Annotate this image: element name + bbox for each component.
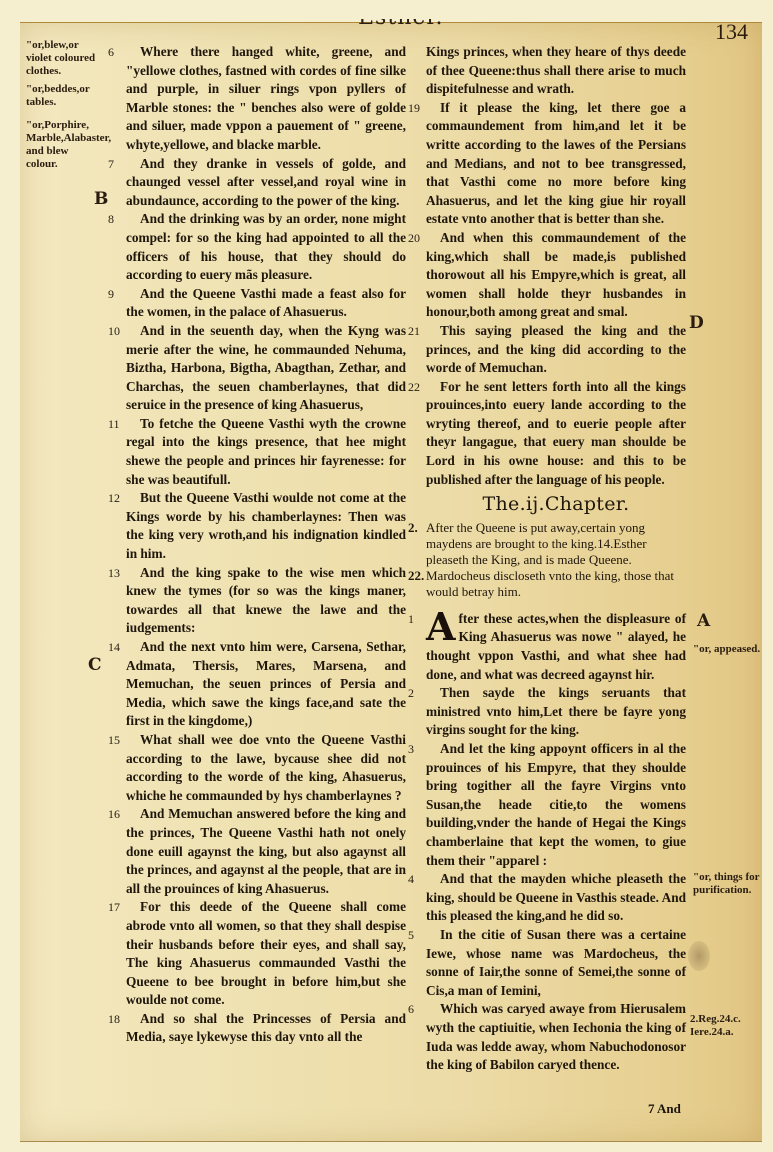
verse-number: 6 bbox=[108, 43, 114, 62]
argument-text: After the Queene is put away,certain yon… bbox=[426, 520, 647, 567]
verse: 19If it please the king, let there goe a… bbox=[426, 99, 686, 229]
verse-text: But the Queene Vasthi woulde not come at… bbox=[126, 489, 406, 563]
verse: 16And Memuchan answered before the king … bbox=[126, 805, 406, 898]
verse: 5In the citie of Susan there was a certa… bbox=[426, 926, 686, 1000]
verse: 6Where there hanged white, greene, and "… bbox=[126, 43, 406, 155]
verse-text: Which was caryed awaye from Hierusalem w… bbox=[426, 1000, 686, 1074]
verse-text: Kings princes, when they heare of thys d… bbox=[426, 43, 686, 99]
verse-number: 1 bbox=[408, 610, 414, 629]
drop-cap: A bbox=[426, 610, 455, 644]
verse-number: 4 bbox=[408, 870, 414, 889]
verse-text: And the drinking was by an order, none m… bbox=[126, 210, 406, 284]
section-letter-a: A bbox=[697, 611, 710, 631]
verse: 12But the Queene Vasthi woulde not come … bbox=[126, 489, 406, 563]
verse-text: And when this commaundement of the king,… bbox=[426, 229, 686, 322]
verse: 22For he sent letters forth into all the… bbox=[426, 378, 686, 490]
verse-text: And so shal the Princesses of Persia and… bbox=[126, 1010, 406, 1047]
running-head: Esther. bbox=[358, 5, 443, 30]
verse-text: And the king spake to the wise men which… bbox=[126, 564, 406, 638]
margin-note: "or,Porphire, Marble,Alabaster, and blew… bbox=[26, 119, 98, 171]
book-page: Esther. 134 "or,blew,or violet coloured … bbox=[20, 22, 762, 1142]
right-column: Kings princes, when they heare of thys d… bbox=[426, 43, 686, 1075]
verse: 11To fetche the Queene Vasthi wyth the c… bbox=[126, 415, 406, 489]
cross-reference: 2.Reg.24.c. Iere.24.a. bbox=[690, 1013, 760, 1039]
verse-text: What shall wee doe vnto the Queene Vasth… bbox=[126, 731, 406, 805]
verse-number: 3 bbox=[408, 740, 414, 759]
verse-number: 7 bbox=[108, 155, 114, 174]
margin-note: "or, things for purification. bbox=[693, 871, 763, 897]
verse-number: 20 bbox=[408, 229, 420, 248]
verse: 4And that the mayden whiche pleaseth the… bbox=[426, 870, 686, 926]
argument-number: 2. bbox=[408, 520, 418, 536]
verse-text: Then sayde the kings seruants that minis… bbox=[426, 684, 686, 740]
verse-number: 11 bbox=[108, 415, 120, 434]
margin-note: "or,beddes,or tables. bbox=[26, 83, 98, 109]
section-letter-c: C bbox=[88, 655, 102, 675]
verse: 2Then sayde the kings seruants that mini… bbox=[426, 684, 686, 740]
section-letter-d: D bbox=[689, 313, 704, 333]
verse-number: 2 bbox=[408, 684, 414, 703]
verse-text: And they dranke in vessels of golde, and… bbox=[126, 155, 406, 211]
verse: 8And the drinking was by an order, none … bbox=[126, 210, 406, 284]
verse-text: For this deede of the Queene shall come … bbox=[126, 898, 406, 1010]
verse-text: And that the mayden whiche pleaseth the … bbox=[426, 870, 686, 926]
ink-smudge bbox=[688, 941, 710, 971]
catchword: 7 And bbox=[648, 1101, 681, 1117]
verse: 9And the Queene Vasthi made a feast also… bbox=[126, 285, 406, 322]
verse-text: If it please the king, let there goe a c… bbox=[426, 99, 686, 229]
verse-text: And in the seuenth day, when the Kyng wa… bbox=[126, 322, 406, 415]
verse: 13And the king spake to the wise men whi… bbox=[126, 564, 406, 638]
argument-number: 22. bbox=[408, 568, 424, 584]
verse-number: 15 bbox=[108, 731, 120, 750]
verse-text: For he sent letters forth into all the k… bbox=[426, 378, 686, 490]
verse-text: In the citie of Susan there was a certai… bbox=[426, 926, 686, 1000]
verse-number: 22 bbox=[408, 378, 420, 397]
verse-number: 21 bbox=[408, 322, 420, 341]
verse-number: 10 bbox=[108, 322, 120, 341]
verse: 6Which was caryed awaye from Hierusalem … bbox=[426, 1000, 686, 1074]
section-letter-b: B bbox=[94, 189, 108, 209]
verse-text: And let the king appoynt officers in al … bbox=[426, 740, 686, 870]
verse-text: To fetche the Queene Vasthi wyth the cro… bbox=[126, 415, 406, 489]
verse-number: 6 bbox=[408, 1000, 414, 1019]
page-number: 134 bbox=[715, 19, 748, 45]
chapter-heading: The.ij.Chapter. bbox=[426, 495, 686, 514]
verse-text: This saying pleased the king and the pri… bbox=[426, 322, 686, 378]
verse-number: 5 bbox=[408, 926, 414, 945]
verse: Kings princes, when they heare of thys d… bbox=[426, 43, 686, 99]
verse: 20And when this commaundement of the kin… bbox=[426, 229, 686, 322]
verse-text: fter these actes,when the displeasure of… bbox=[426, 610, 686, 684]
verse-number: 9 bbox=[108, 285, 114, 304]
verse: 15What shall wee doe vnto the Queene Vas… bbox=[126, 731, 406, 805]
verse-number: 17 bbox=[108, 898, 120, 917]
verse: 10And in the seuenth day, when the Kyng … bbox=[126, 322, 406, 415]
left-column: 6Where there hanged white, greene, and "… bbox=[126, 43, 406, 1047]
verse-text: Where there hanged white, greene, and "y… bbox=[126, 43, 406, 155]
verse: 7And they dranke in vessels of golde, an… bbox=[126, 155, 406, 211]
verse-text: And the Queene Vasthi made a feast also … bbox=[126, 285, 406, 322]
verse-text: And Memuchan answered before the king an… bbox=[126, 805, 406, 898]
argument-text: Mardocheus discloseth vnto the king, tho… bbox=[426, 568, 674, 599]
verse-number: 8 bbox=[108, 210, 114, 229]
verse: 3And let the king appoynt officers in al… bbox=[426, 740, 686, 870]
verse: 17For this deede of the Queene shall com… bbox=[126, 898, 406, 1010]
verse-number: 18 bbox=[108, 1010, 120, 1029]
margin-note: "or, appeased. bbox=[693, 643, 763, 656]
verse-number: 14 bbox=[108, 638, 120, 657]
verse: 18And so shal the Princesses of Persia a… bbox=[126, 1010, 406, 1047]
verse-number: 19 bbox=[408, 99, 420, 118]
verse-number: 13 bbox=[108, 564, 120, 583]
verse-text: And the next vnto him were, Carsena, Set… bbox=[126, 638, 406, 731]
verse-number: 12 bbox=[108, 489, 120, 508]
chapter-argument: 2.After the Queene is put away,certain y… bbox=[426, 520, 686, 600]
margin-note: "or,blew,or violet coloured clothes. bbox=[26, 39, 98, 78]
verse: 14And the next vnto him were, Carsena, S… bbox=[126, 638, 406, 731]
verse: 1After these actes,when the displeasure … bbox=[426, 610, 686, 684]
verse: 21This saying pleased the king and the p… bbox=[426, 322, 686, 378]
verse-number: 16 bbox=[108, 805, 120, 824]
